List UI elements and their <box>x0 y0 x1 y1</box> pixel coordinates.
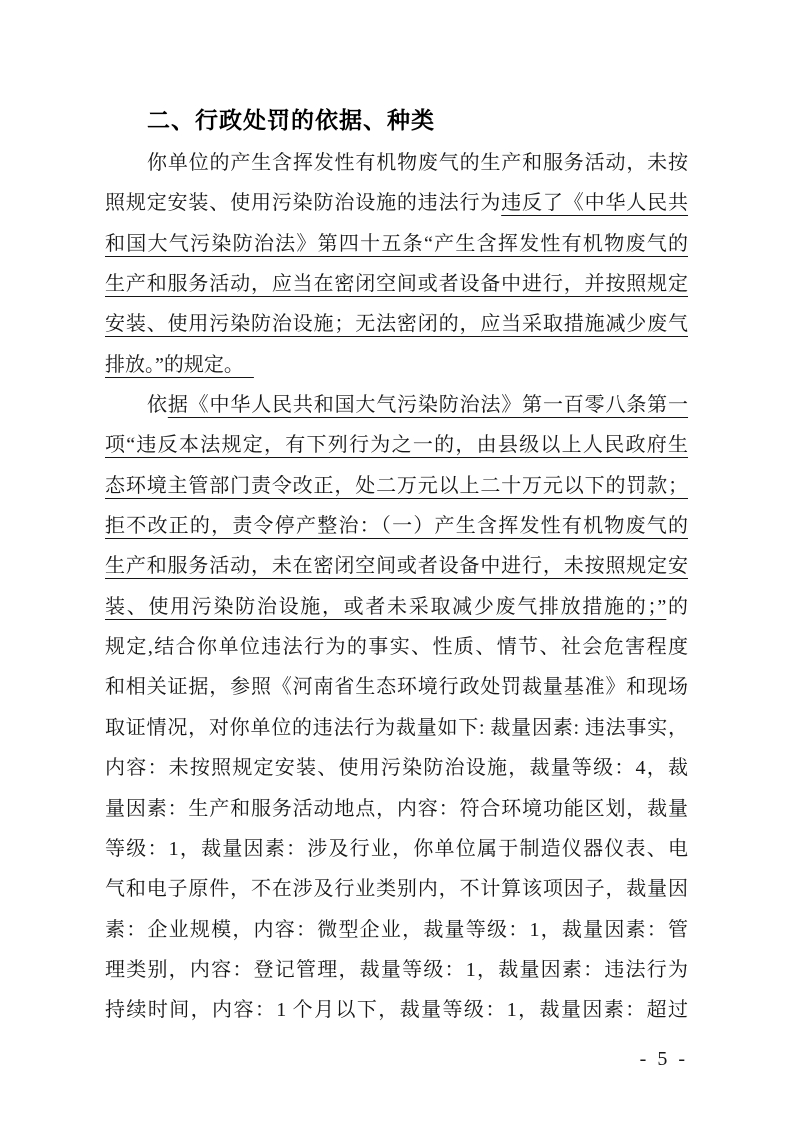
text-line: 项“违反本法规定，有下列行为之一的，由县级以上人民政府生 <box>105 425 688 465</box>
text-line: 等级：1，裁量因素：涉及行业，你单位属于制造仪器仪表、电 <box>105 829 688 869</box>
underlined-text-segment: 违反了《中华人民共 <box>501 192 688 214</box>
text-line: 持续时间，内容：1 个月以下，裁量等级：1，裁量因素：超过 <box>105 990 688 1030</box>
text-line: 排放。”的规定。 <box>105 345 688 385</box>
underlined-text-segment: 生产和服务活动，未在密闭空间或者设备中进行，未按照规定安 <box>105 555 688 577</box>
underlined-text-segment: 安装、使用污染防治设施；无法密闭的，应当采取措施减少废气 <box>105 313 688 335</box>
underlined-text-segment: 态环境主管部门责令改正，处二万元以上二十万元以下的罚款； <box>105 475 688 497</box>
text-line: 态环境主管部门责令改正，处二万元以上二十万元以下的罚款； <box>105 466 688 506</box>
page-number: - 5 - <box>105 1045 688 1073</box>
text-segment: 规定,结合你单位违法行为的事实、性质、情节、社会危害程度 <box>105 636 688 658</box>
underlined-text-segment: 拒不改正的，责令停产整治：（一）产生含挥发性有机物废气的 <box>105 515 688 537</box>
text-segment: 素：企业规模，内容：微型企业，裁量等级：1，裁量因素：管 <box>105 919 688 941</box>
text-segment: 等级：1，裁量因素：涉及行业，你单位属于制造仪器仪表、电 <box>105 838 688 860</box>
text-line: 安装、使用污染防治设施；无法密闭的，应当采取措施减少废气 <box>105 304 688 344</box>
text-line: 内容：未按照规定安装、使用污染防治设施，裁量等级：4，裁 <box>105 748 688 788</box>
text-line: 气和电子原件，不在涉及行业类别内，不计算该项因子，裁量因 <box>105 869 688 909</box>
underlined-text-segment: 和国大气污染防治法》第四十五条“产生含挥发性有机物废气的 <box>105 233 688 255</box>
section-heading: 二、行政处罚的依据、种类 <box>105 97 688 143</box>
text-line: 生产和服务活动，应当在密闭空间或者设备中进行，并按照规定 <box>105 264 688 304</box>
underlined-text-segment: 据《中华人民共和国大气污染防治法》第一百零八条第一 <box>168 394 688 416</box>
underlined-text-segment: 生产和服务活动，应当在密闭空间或者设备中进行，并按照规定 <box>105 273 688 295</box>
text-segment: 量因素：生产和服务活动地点，内容：符合环境功能区划，裁量 <box>105 798 688 820</box>
text-line: 取证情况，对你单位的违法行为裁量如下: 裁量因素: 违法事实， <box>105 708 688 748</box>
text-line: 量因素：生产和服务活动地点，内容：符合环境功能区划，裁量 <box>105 789 688 829</box>
text-line: 装、使用污染防治设施，或者未采取减少废气排放措施的；”的 <box>105 587 688 627</box>
text-line: 生产和服务活动，未在密闭空间或者设备中进行，未按照规定安 <box>105 546 688 586</box>
text-segment: 理类别，内容：登记管理，裁量等级：1，裁量因素：违法行为 <box>105 959 688 981</box>
text-segment: 持续时间，内容：1 个月以下，裁量等级：1，裁量因素：超过 <box>105 999 688 1021</box>
text-line: 你单位的产生含挥发性有机物废气的生产和服务活动，未按 <box>105 143 688 183</box>
text-line: 素：企业规模，内容：微型企业，裁量等级：1，裁量因素：管 <box>105 910 688 950</box>
text-line: 拒不改正的，责令停产整治：（一）产生含挥发性有机物废气的 <box>105 506 688 546</box>
document-body: 你单位的产生含挥发性有机物废气的生产和服务活动，未按照规定安装、使用污染防治设施… <box>105 143 688 1031</box>
text-segment: 依 <box>147 394 168 416</box>
document-page: 二、行政处罚的依据、种类 你单位的产生含挥发性有机物废气的生产和服务活动，未按照… <box>0 0 793 1122</box>
text-line: 和相关证据，参照《河南省生态环境行政处罚裁量基准》和现场 <box>105 667 688 707</box>
underlined-text-segment: 装、使用污染防治设施，或者未采取减少废气排放措施的；” <box>105 596 666 618</box>
text-segment: 和相关证据，参照《河南省生态环境行政处罚裁量基准》和现场 <box>105 676 688 698</box>
underlined-text-segment: 项“违反本法规定，有下列行为之一的，由县级以上人民政府生 <box>105 434 688 456</box>
text-segment: 照规定安装、使用污染防治设施的违法行为 <box>105 192 501 214</box>
text-line: 照规定安装、使用污染防治设施的违法行为违反了《中华人民共 <box>105 183 688 223</box>
text-line: 理类别，内容：登记管理，裁量等级：1，裁量因素：违法行为 <box>105 950 688 990</box>
text-segment: 的 <box>666 596 688 618</box>
text-segment: 你单位的产生含挥发性有机物废气的生产和服务活动，未按 <box>147 152 688 174</box>
text-segment: 内容：未按照规定安装、使用污染防治设施，裁量等级：4，裁 <box>105 757 688 779</box>
text-line: 和国大气污染防治法》第四十五条“产生含挥发性有机物废气的 <box>105 224 688 264</box>
underlined-text-segment: 排放。”的规定。 <box>105 354 254 376</box>
text-line: 依据《中华人民共和国大气污染防治法》第一百零八条第一 <box>105 385 688 425</box>
text-line: 规定,结合你单位违法行为的事实、性质、情节、社会危害程度 <box>105 627 688 667</box>
text-segment: 气和电子原件，不在涉及行业类别内，不计算该项因子，裁量因 <box>105 878 688 900</box>
text-segment: 取证情况，对你单位的违法行为裁量如下: 裁量因素: 违法事实， <box>105 717 688 739</box>
